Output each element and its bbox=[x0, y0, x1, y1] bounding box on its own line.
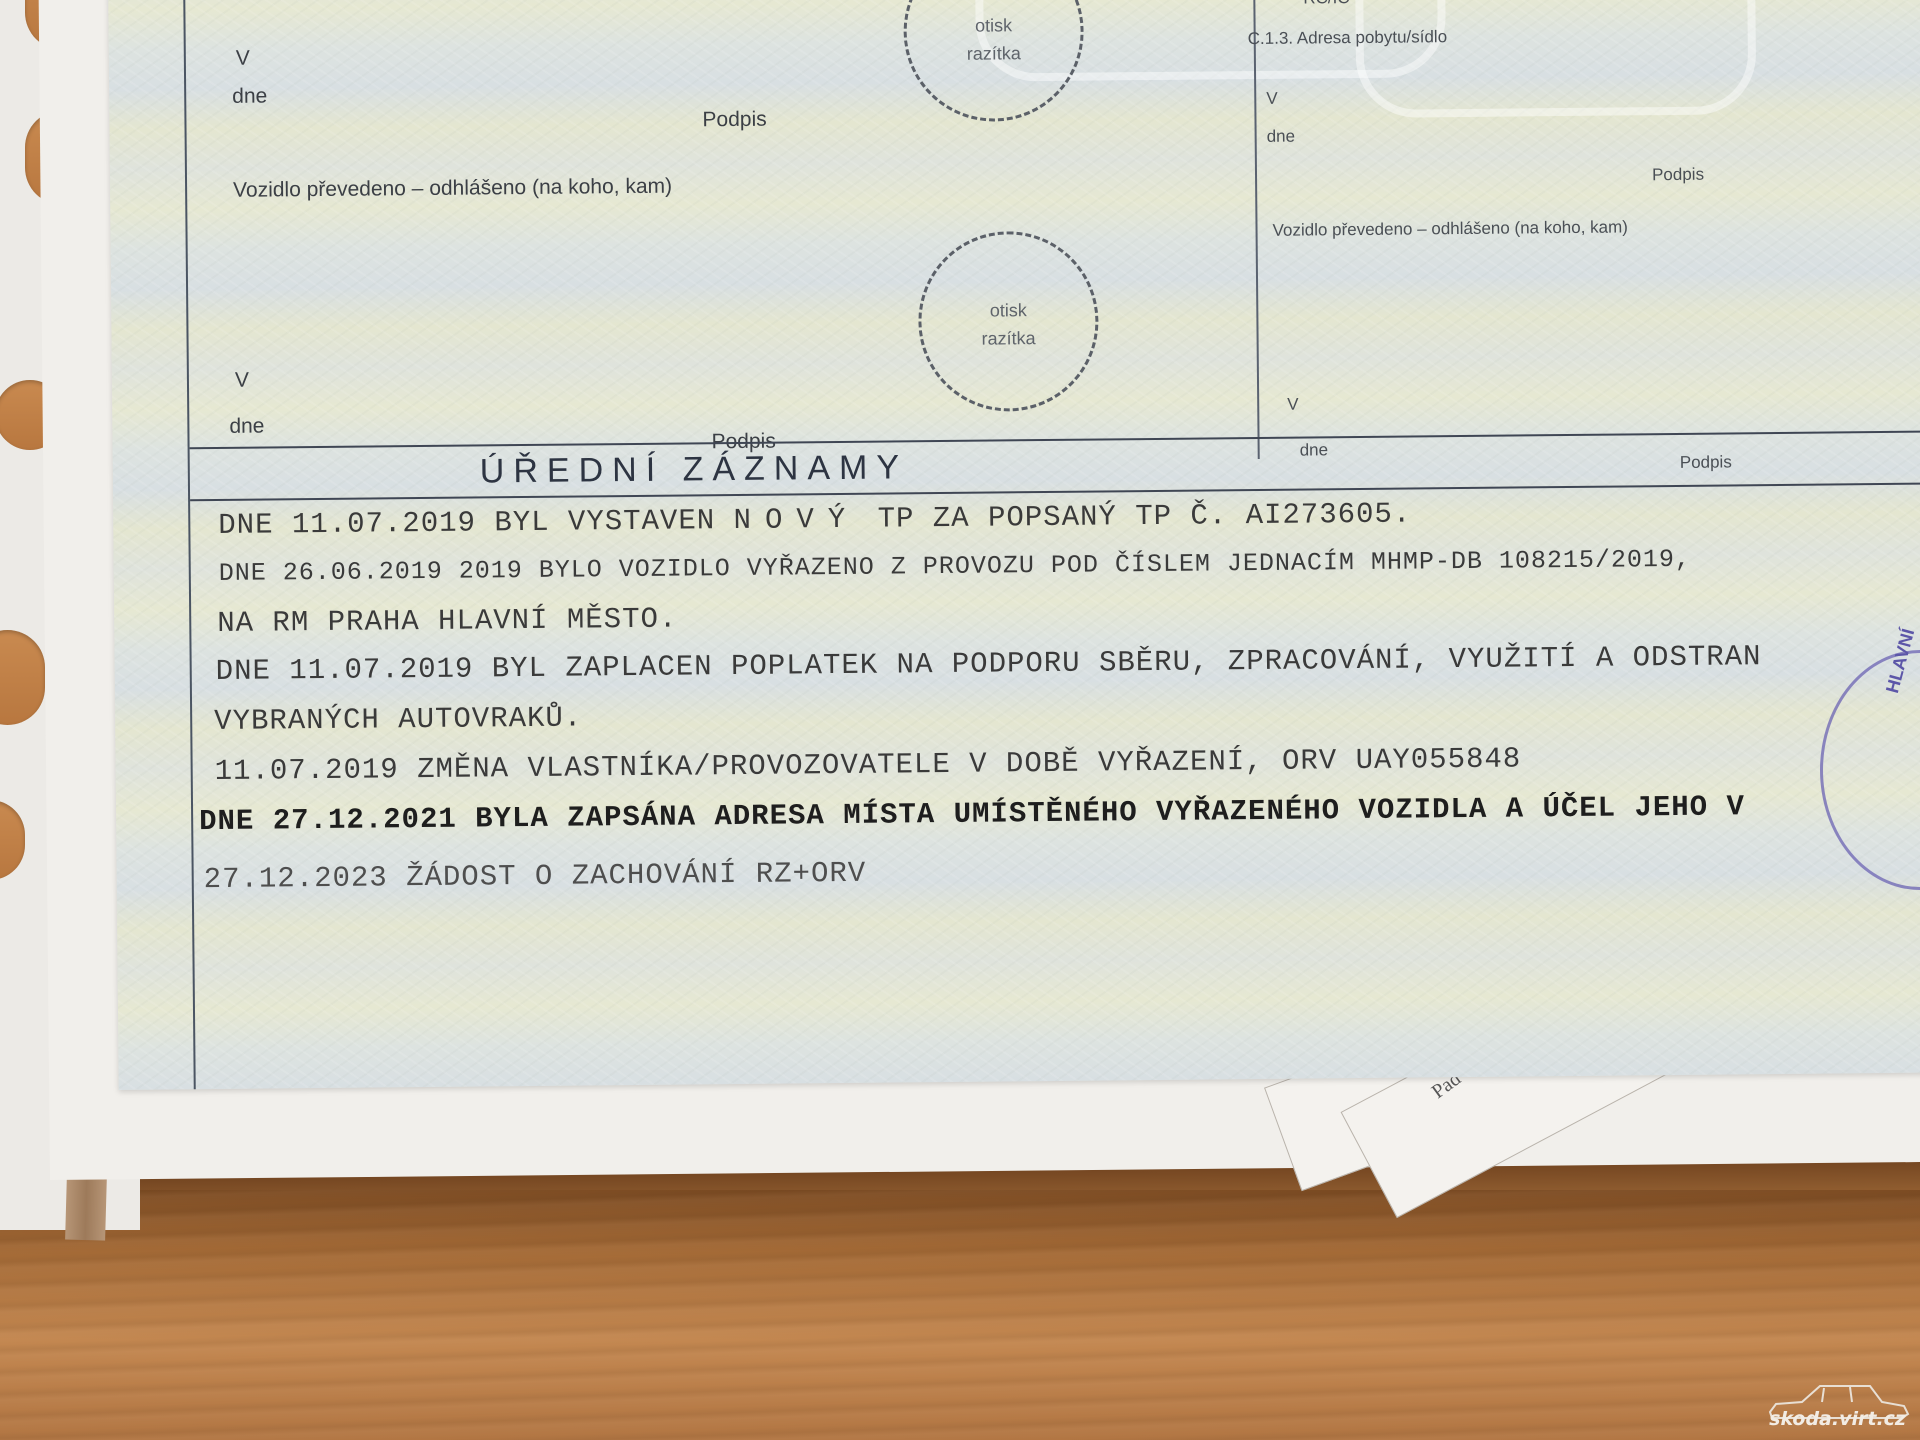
record-text: DNE 11.07.2019 BYL VYSTAVEN bbox=[218, 504, 734, 542]
date-label: dne bbox=[232, 84, 267, 108]
place-label: V bbox=[235, 369, 249, 393]
record-text: TP ZA POPSANÝ TP Č. AI273605. bbox=[859, 498, 1411, 536]
transfer-label: Vozidlo převedeno – odhlášeno (na koho, … bbox=[1272, 217, 1628, 240]
address-label: C.1.3. Adresa pobytu/sídlo bbox=[1248, 27, 1448, 49]
record-line: 27.12.2023 ŽÁDOST O ZACHOVÁNÍ RZ+ORV bbox=[204, 857, 867, 896]
signature-label: Podpis bbox=[702, 108, 766, 133]
watermark-text: skoda.virt.cz bbox=[1769, 1408, 1906, 1430]
record-line: 11.07.2019 ZMĚNA VLASTNÍKA/PROVOZOVATELE… bbox=[215, 742, 1522, 788]
date-label: dne bbox=[1267, 127, 1296, 147]
record-line: DNE 26.06.2019 2019 BYLO VOZIDLO VYŘAZEN… bbox=[219, 545, 1691, 588]
signature-label: Podpis bbox=[1652, 165, 1704, 185]
place-label: V bbox=[1287, 395, 1299, 415]
stamp-label-line1: otisk bbox=[975, 15, 1012, 35]
date-label: dne bbox=[1300, 440, 1329, 460]
record-emphasis: NOVÝ bbox=[733, 503, 859, 537]
record-line: NA RM PRAHA HLAVNÍ MĚSTO. bbox=[217, 603, 677, 640]
registration-document: V dne Podpis otisk razítka Vozidlo převe… bbox=[108, 0, 1920, 1090]
punch-hole bbox=[0, 800, 25, 880]
place-label: V bbox=[1266, 89, 1278, 109]
punch-hole bbox=[0, 630, 45, 725]
record-line: DNE 11.07.2019 BYL ZAPLACEN POPLATEK NA … bbox=[216, 640, 1762, 688]
transfer-label: Vozidlo převedeno – odhlášeno (na koho, … bbox=[233, 175, 672, 203]
date-label: dne bbox=[229, 415, 264, 439]
signature-label: Podpis bbox=[1680, 452, 1732, 472]
stamp-label: otisk razítka bbox=[918, 296, 1099, 354]
stamp-label: otisk razítka bbox=[903, 11, 1084, 69]
emblem-watermark bbox=[1355, 0, 1757, 118]
stamp-label-line1: otisk bbox=[990, 300, 1027, 320]
record-line: VYBRANÝCH AUTOVRAKŮ. bbox=[214, 701, 582, 738]
stamp-label-line2: razítka bbox=[967, 43, 1021, 64]
id-code-label: RČ/IČ bbox=[1303, 0, 1349, 9]
records-section-title: ÚŘEDNÍ ZÁZNAMY bbox=[480, 448, 909, 491]
stamp-label-line2: razítka bbox=[981, 328, 1035, 349]
document-form-area: V dne Podpis otisk razítka Vozidlo převe… bbox=[183, 0, 1920, 1089]
place-label: V bbox=[236, 47, 250, 71]
record-line: DNE 11.07.2019 BYL VYSTAVEN NOVÝ TP ZA P… bbox=[218, 498, 1411, 542]
wooden-table bbox=[0, 1190, 1920, 1440]
section-rule bbox=[190, 482, 1920, 501]
record-line: DNE 27.12.2021 BYLA ZAPSÁNA ADRESA MÍSTA… bbox=[199, 790, 1745, 838]
section-rule bbox=[190, 430, 1920, 449]
